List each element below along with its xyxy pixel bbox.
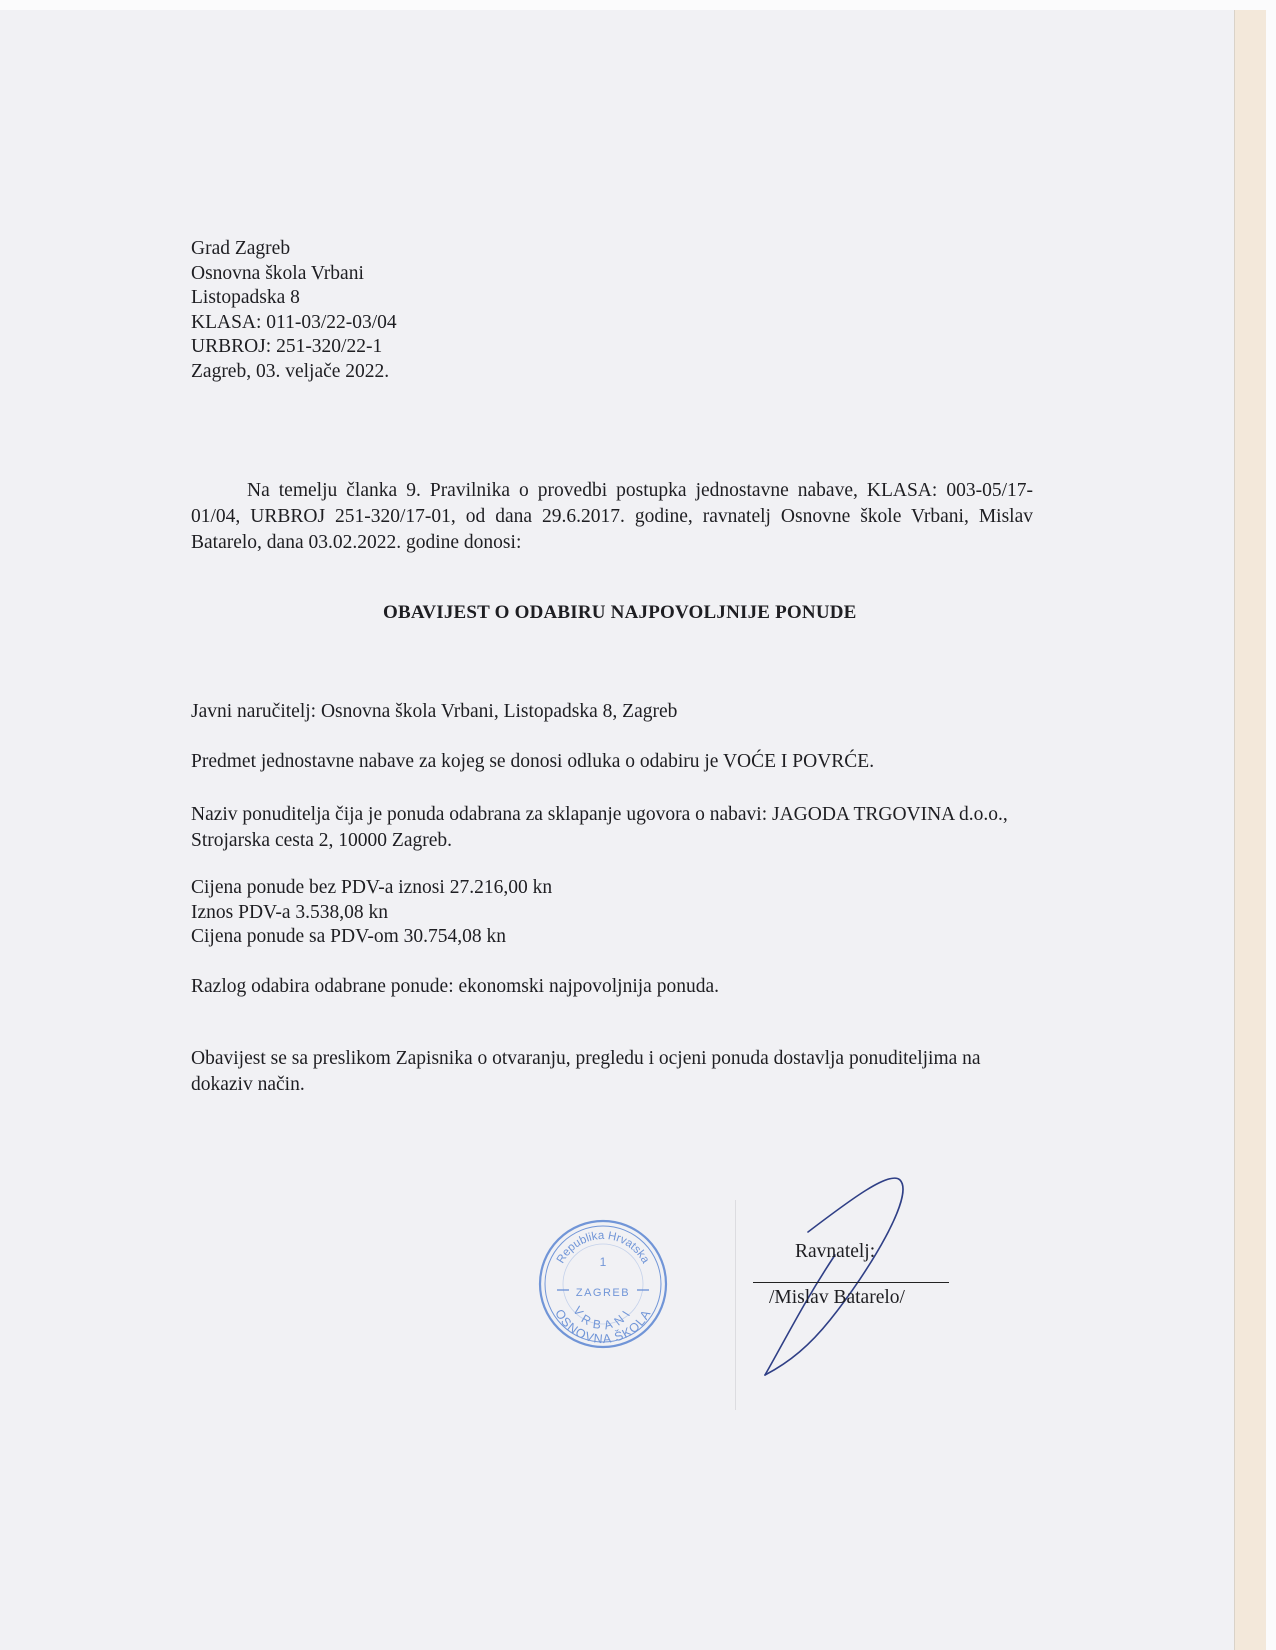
signature-label: Ravnatelj: [795, 1240, 875, 1265]
signatory-name: /Mislav Batarelo/ [769, 1286, 905, 1311]
handwritten-signature [765, 1178, 903, 1375]
stamp-city: ZAGREB [576, 1287, 630, 1299]
stamp-number: 1 [600, 1255, 607, 1269]
school-stamp: Republika Hrvatska 1 ZAGREB VRBANI OSNOV… [540, 1221, 666, 1347]
signature-line [753, 1282, 949, 1283]
stamp-and-signature-graphics: Republika Hrvatska 1 ZAGREB VRBANI OSNOV… [0, 0, 1276, 1650]
